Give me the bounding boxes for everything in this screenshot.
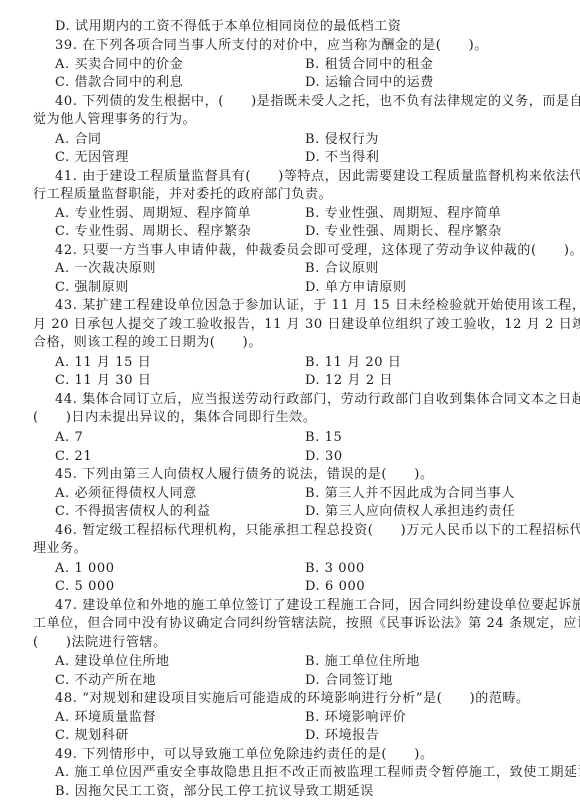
question-stem: 43. 某扩建工程建设单位因急于参加认证，于 11 月 15 日未经检验就开始使…: [55, 298, 580, 314]
answer-option-left: C. 规划科研: [55, 728, 129, 744]
question-stem: 47. 建设单位和外地的施工单位签订了建设工程施工合同，因合同纠纷建设单位要起诉…: [55, 598, 580, 614]
answer-option-right: B. 专业性强、周期短、程序简单: [305, 206, 501, 222]
answer-option-left: A. 环境质量监督: [55, 710, 156, 726]
answer-option-left: A. 买卖合同中的价金: [55, 57, 183, 73]
answer-option-right: D. 30: [305, 449, 343, 465]
answer-option-left: A. 7: [55, 430, 83, 446]
answer-option-right: B. 3 000: [305, 561, 365, 577]
question-continuation: ( )法院进行管辖。: [33, 635, 167, 651]
answer-option-right: D. 单方申请原则: [305, 280, 407, 296]
question-stem: 49. 下列情形中，可以导致施工单位免除违约责任的是( )。: [55, 747, 434, 763]
answer-option-left: C. 专业性弱、周期长、程序繁杂: [55, 224, 251, 240]
answer-option-right: D. 合同签订地: [305, 673, 393, 689]
answer-option-left: C. 无因管理: [55, 150, 129, 166]
answer-option-left: A. 1 000: [55, 561, 115, 577]
question-stem: 42. 只要一方当事人申请仲裁，仲裁委员会即可受理，这体现了劳动争议仲裁的( )…: [55, 243, 580, 259]
answer-option-left: C. 不得损害债权人的利益: [55, 504, 211, 520]
question-continuation: 月 20 日承包人提交了竣工验收报告，11 月 30 日建设单位组织了竣工验收，…: [33, 317, 580, 333]
answer-option-left: C. 5 000: [55, 579, 115, 595]
answer-option-right: B. 侵权行为: [305, 132, 379, 148]
question-continuation: 工单位，但合同中没有协议确定合同纠纷管辖法院，按照《民事诉讼法》第 24 条规定…: [33, 616, 580, 632]
question-continuation: 合格，则该工程的竣工日期为( )。: [33, 335, 262, 351]
answer-option-right: D. 专业性强、周期长、程序繁杂: [305, 224, 502, 240]
answer-option-right: B. 15: [305, 430, 342, 446]
answer-option-left: C. 借款合同中的利息: [55, 75, 183, 91]
question-stem: 40. 下列债的发生根据中，( )是指既未受人之托，也不负有法律规定的义务，而是…: [55, 94, 580, 110]
answer-option-right: B. 施工单位住所地: [305, 654, 420, 670]
answer-option-right: B. 11 月 20 日: [305, 355, 402, 371]
answer-option-left: A. 专业性弱、周期短、程序简单: [55, 206, 251, 222]
question-continuation: 觉为他人管理事务的行为。: [33, 112, 196, 128]
answer-option-left: A. 施工单位因严重安全事故隐患且拒不改正而被监理工程师责令暂停施工，致使工期延…: [55, 765, 580, 781]
answer-option-right: D. 12 月 2 日: [305, 373, 393, 389]
question-stem: 45. 下列由第三人向债权人履行债务的说法，错误的是( )。: [55, 467, 434, 483]
exam-page: D. 试用期内的工资不得低于本单位相同岗位的最低档工资39. 在下列各项合同当事…: [0, 0, 580, 800]
question-stem: 46. 暂定级工程招标代理机构，只能承担工程总投资( )万元人民币以下的工程招标…: [55, 523, 580, 539]
scan-smudge: [282, 414, 304, 418]
answer-option-right: D. 不当得利: [305, 150, 379, 166]
answer-option-right: B. 租赁合同中的租金: [305, 57, 433, 73]
answer-option-right: D. 第三人应向债权人承担违约责任: [305, 504, 515, 520]
question-stem: 41. 由于建设工程质量监督具有( )等特点，因此需要建设工程质量监督机构来依法…: [55, 169, 580, 185]
answer-option-right: B. 合议原则: [305, 261, 379, 277]
question-stem: 39. 在下列各项合同当事人所支付的对价中，应当称为酬金的是( )。: [55, 38, 488, 54]
answer-option-left: C. 强制原则: [55, 280, 129, 296]
answer-option-left: D. 试用期内的工资不得低于本单位相同岗位的最低档工资: [55, 19, 401, 35]
answer-option-right: B. 环境影响评价: [305, 710, 406, 726]
answer-option-left: A. 必须征得债权人同意: [55, 486, 197, 502]
answer-option-left: C. 11 月 30 日: [55, 373, 151, 389]
answer-option-left: C. 21: [55, 449, 92, 465]
question-continuation: 理业务。: [33, 541, 87, 557]
answer-option-left: A. 11 月 15 日: [55, 355, 151, 371]
question-continuation: ( )日内未提出异议的，集体合同即行生效。: [33, 410, 316, 426]
answer-option-left: B. 因拖欠民工工资，部分民工停工抗议导致工期延误: [55, 784, 374, 800]
answer-option-right: D. 环境报告: [305, 728, 379, 744]
answer-option-right: D. 6 000: [305, 579, 365, 595]
answer-option-left: A. 合同: [55, 132, 102, 148]
question-stem: 44. 集体合同订立后，应当报送劳动行政部门，劳动行政部门自收到集体合同文本之日…: [55, 392, 580, 408]
answer-option-right: B. 第三人并不因此成为合同当事人: [305, 486, 515, 502]
question-stem: 48. “对规划和建设项目实施后可能造成的环境影响进行分析”是( )的范畴。: [55, 691, 530, 707]
answer-option-right: D. 运输合同中的运费: [305, 75, 434, 91]
answer-option-left: A. 建设单位住所地: [55, 654, 170, 670]
answer-option-left: A. 一次裁决原则: [55, 261, 156, 277]
answer-option-left: C. 不动产所在地: [55, 673, 156, 689]
question-continuation: 行工程质量监督职能，并对委托的政府部门负责。: [33, 187, 332, 203]
